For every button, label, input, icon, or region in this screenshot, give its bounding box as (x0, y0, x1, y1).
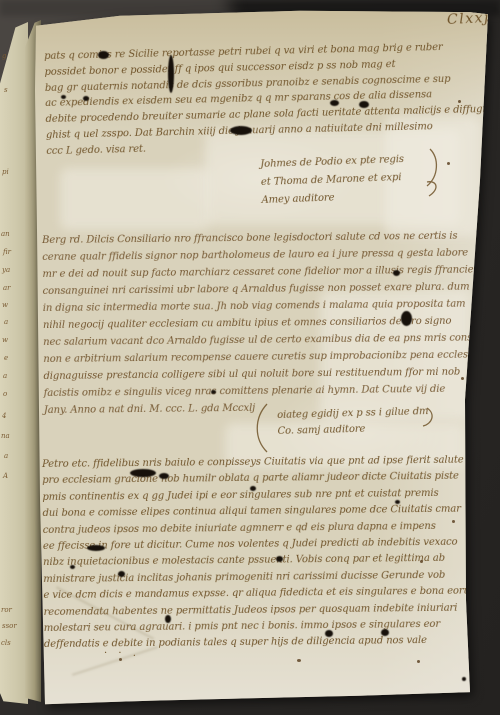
ink-blot (98, 51, 109, 59)
ink-blot (462, 677, 466, 681)
ink-blot (250, 486, 256, 491)
ink-speck (297, 659, 301, 662)
notarial-subscription-1: Johmes de Podio ex pte regiset Thoma de … (260, 150, 442, 210)
main-folio-wrap: Clxxj pats q comiss re Sicilie reportass… (0, 0, 500, 715)
ink-speck (461, 377, 464, 380)
ink-blot (381, 629, 389, 636)
ink-speck (119, 658, 122, 661)
ink-blot (393, 270, 400, 276)
ink-speck (417, 660, 420, 663)
ink-speck (447, 162, 450, 165)
ink-blot (61, 95, 66, 99)
ink-blot (325, 630, 333, 637)
ink-speck (452, 520, 455, 523)
ink-blot (118, 571, 125, 577)
ink-blot (83, 96, 89, 101)
ink-speck (487, 19, 490, 22)
manuscript-photograph: gspianfiryaarwaweao4naaArorssorcls Clxxj… (0, 0, 500, 715)
ink-blot (87, 545, 105, 551)
ink-blot (276, 556, 283, 562)
ink-blot (165, 615, 171, 623)
notarial-subscription-2: oiateg egidij ex p ss i gilue dmCo. samj… (277, 404, 448, 440)
ink-blot (159, 473, 169, 479)
ink-blot (330, 100, 339, 106)
paragraph-2: Berg rd. Dilcis Consiliario nro ffrancis… (42, 228, 462, 419)
ink-blot (70, 565, 75, 569)
ink-blot (168, 55, 174, 93)
parchment-patch (60, 168, 210, 230)
ink-speck (420, 560, 423, 563)
ink-blot (130, 469, 156, 477)
main-folio-page: Clxxj pats q comiss re Sicilie reportass… (0, 0, 500, 715)
ink-blot (359, 101, 369, 108)
trailing-dots: · · . (104, 648, 140, 659)
ink-blot (401, 311, 412, 326)
ink-blot (211, 390, 216, 394)
ink-speck (458, 100, 461, 103)
paragraph-3: Petro etc. ffidelibus nris baiulo e conp… (42, 453, 456, 654)
ink-blot (230, 126, 252, 135)
folio-number: Clxxj (447, 10, 491, 28)
ink-blot (395, 500, 400, 504)
